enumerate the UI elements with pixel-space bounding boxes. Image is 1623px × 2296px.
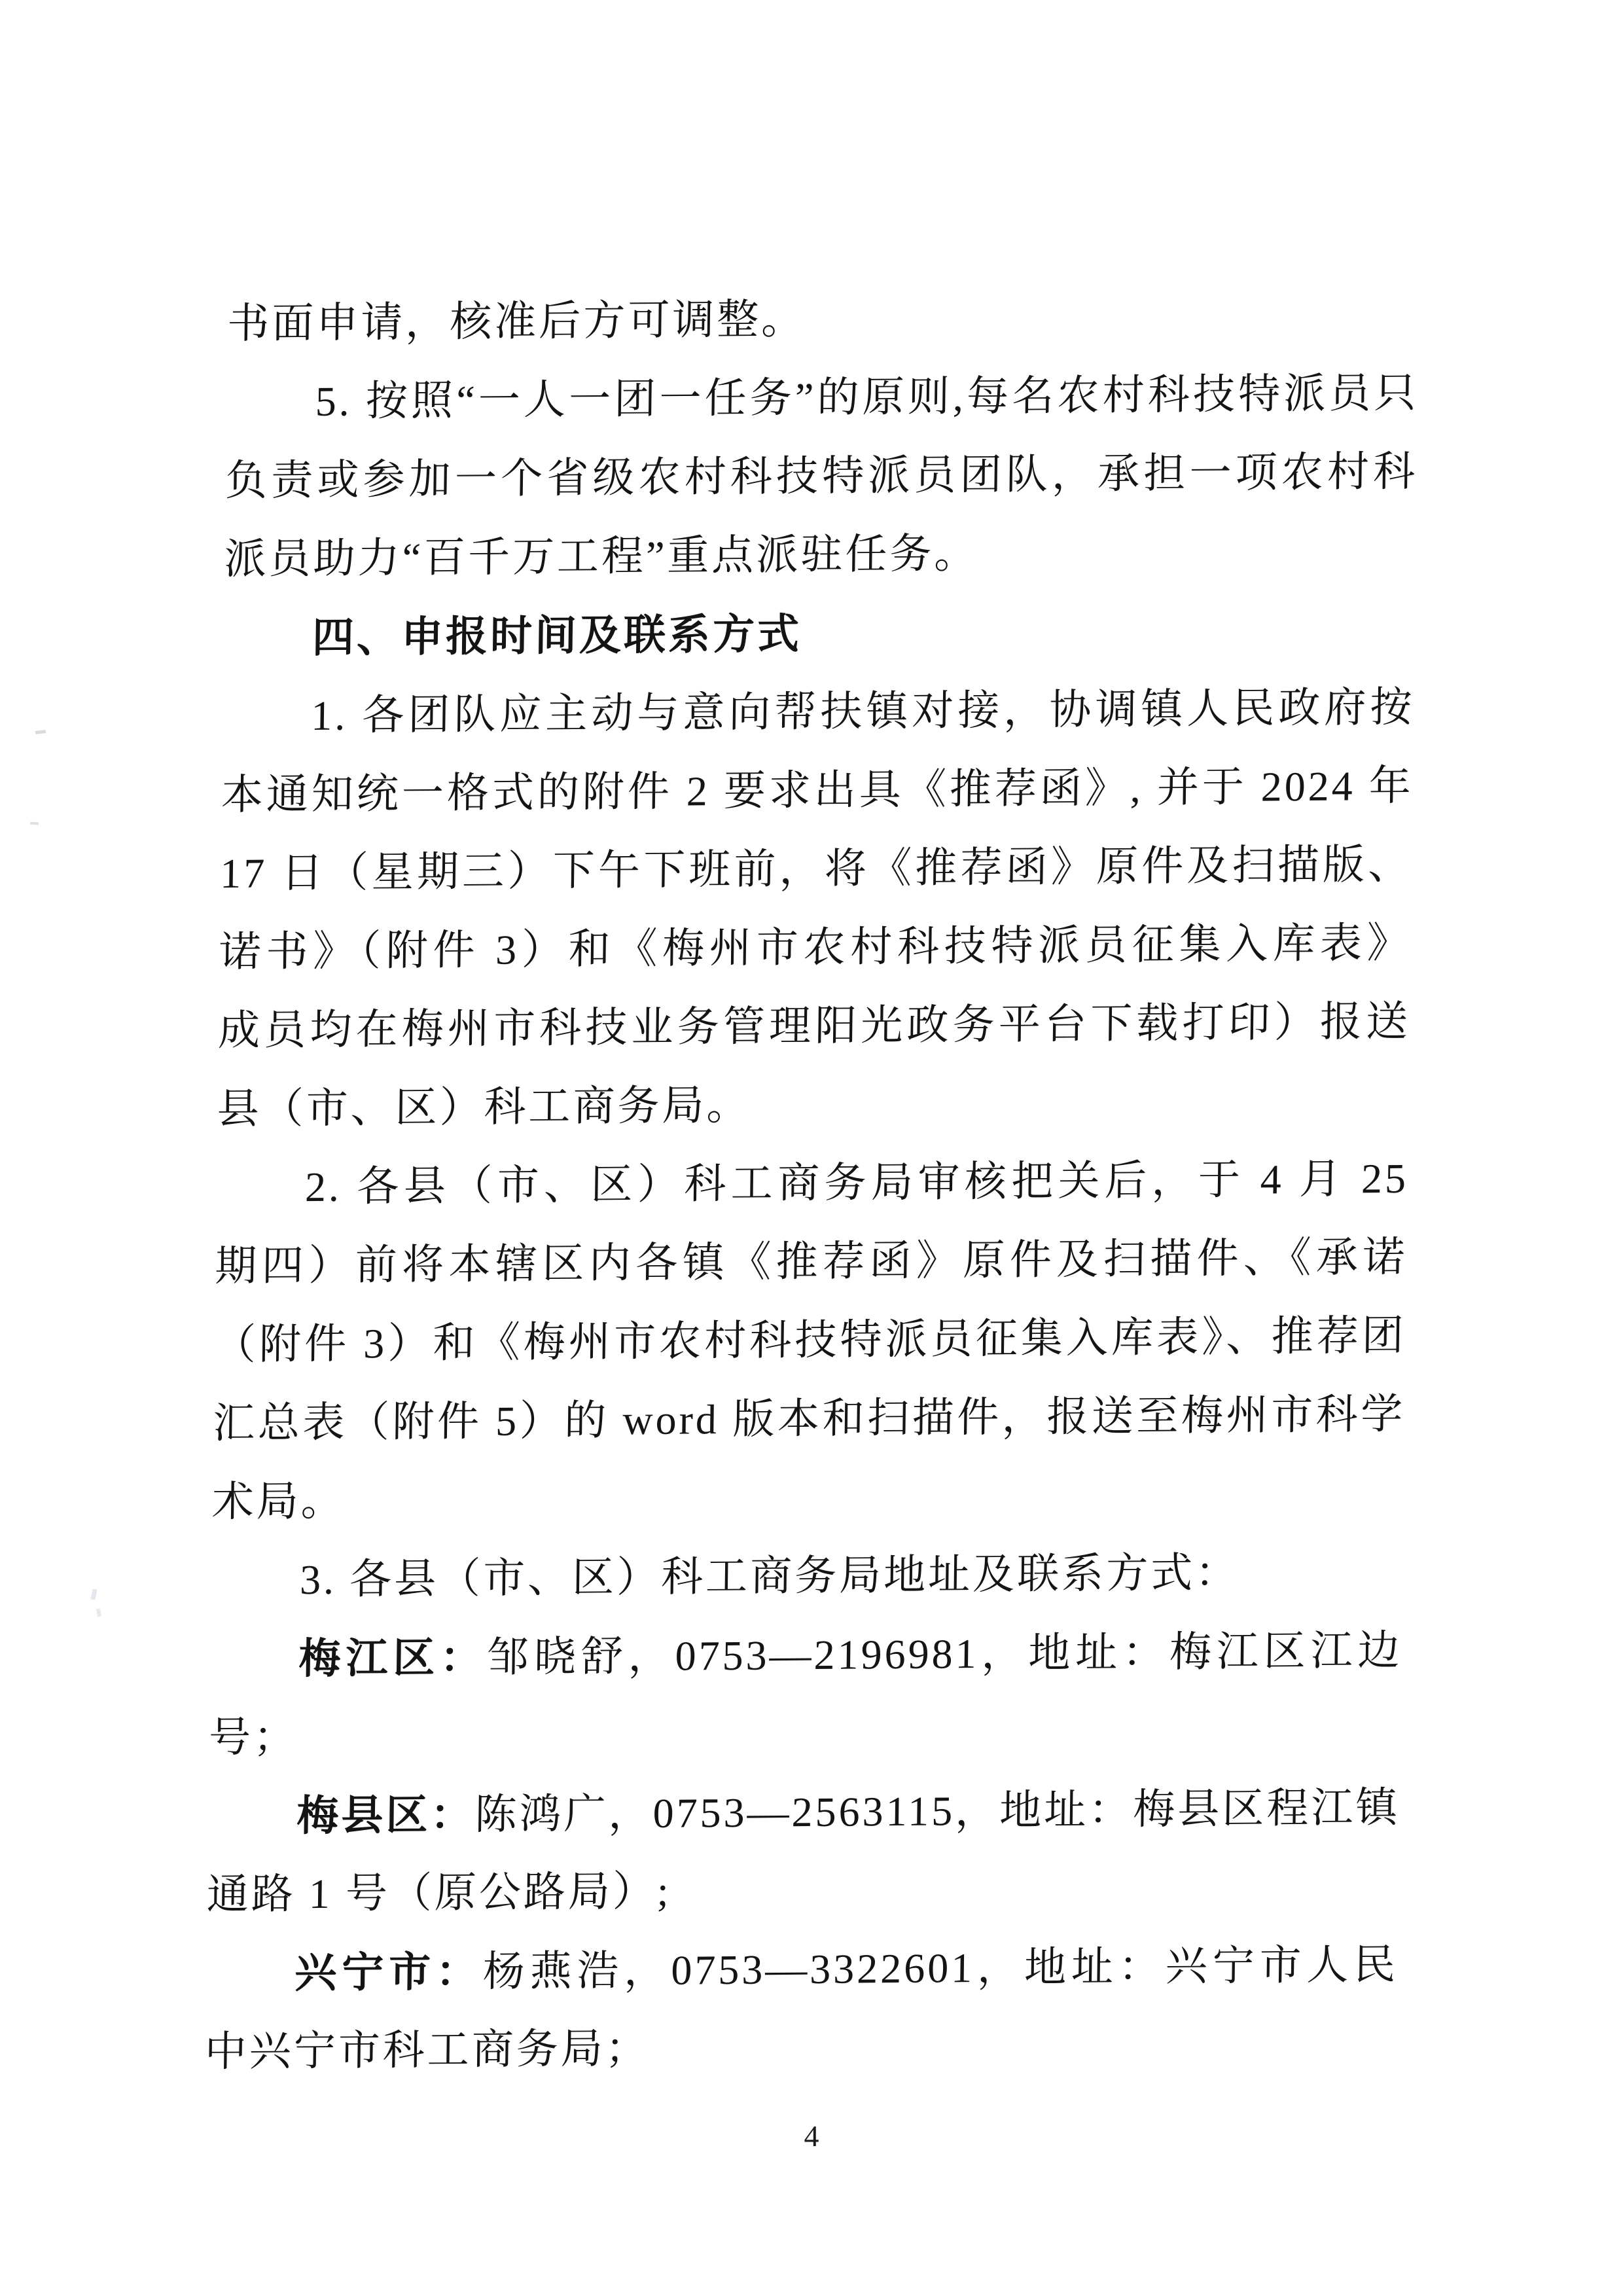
text-line: 县（市、区）科工商务局。 — [217, 1061, 1410, 1149]
text-line: 期四）前将本辖区内各镇《推荐函》原件及扫描件、《承诺书》 — [215, 1218, 1408, 1306]
bold-text-segment: 梅县区： — [296, 1791, 475, 1839]
text-segment: 1. 各团队应主动与意向帮扶镇对接，协调镇人民政府按照 — [310, 684, 1414, 756]
text-segment: （附件 3）和《梅州市农村科技特派员征集入库表》、推荐团队 — [213, 1312, 1406, 1384]
text-line: 中兴宁市科工商务局； — [204, 2003, 1398, 2091]
text-segment: 2. 各县（市、区）科工商务局审核把关后，于 4 月 25 日（星 — [304, 1155, 1408, 1227]
text-line: 派员助力“百千万工程”重点派驻任务。 — [224, 511, 1418, 599]
text-line: 通路 1 号（原公路局）; — [206, 1846, 1400, 1934]
text-segment: 3. 各县（市、区）科工商务局地址及联系方式： — [300, 1549, 1240, 1603]
scan-speck — [90, 1588, 97, 1600]
scan-speck — [96, 1609, 101, 1617]
text-line: 号； — [208, 1689, 1402, 1777]
text-segment: 术局。 — [211, 1478, 346, 1526]
page-number: 4 — [0, 2119, 1623, 2153]
text-line: 术局。 — [211, 1454, 1405, 1541]
text-line: 书面申请，核准后方可调整。 — [227, 276, 1421, 363]
text-line: 2. 各县（市、区）科工商务局审核把关后，于 4 月 25 日（星 — [215, 1139, 1409, 1227]
text-line: 兴宁市：杨燕浩，0753—3322601，地址：兴宁市人民大道 — [205, 1925, 1399, 2013]
text-segment: 中兴宁市科工商务局； — [204, 2025, 650, 2075]
text-line: 负责或参加一个省级农村科技特派员团队，承担一项农村科技特 — [224, 433, 1418, 520]
text-segment: 17 日（星期三）下午下班前，将《推荐函》原件及扫描版、《承 — [220, 841, 1413, 913]
text-line: 诺书》（附件 3）和《梅州市农村科技特派员征集入库表》（团队 — [219, 904, 1412, 992]
text-line: 17 日（星期三）下午下班前，将《推荐函》原件及扫描版、《承 — [220, 825, 1414, 913]
text-segment: 派员助力“百千万工程”重点派驻任务。 — [224, 530, 979, 583]
text-line: （附件 3）和《梅州市农村科技特派员征集入库表》、推荐团队 — [213, 1297, 1407, 1384]
text-line: 四、申报时间及联系方式 — [223, 590, 1416, 677]
document-body: 书面申请，核准后方可调整。5. 按照“一人一团一任务”的原则,每名农村科技特派员… — [204, 276, 1420, 2092]
text-segment: 诺书》（附件 3）和《梅州市农村科技特派员征集入库表》（团队 — [219, 920, 1412, 992]
scan-speck — [35, 730, 46, 734]
text-segment: 书面申请，核准后方可调整。 — [227, 296, 806, 347]
text-segment: 成员均在梅州市科技业务管理阳光政务平台下载打印）报送至各 — [217, 998, 1410, 1070]
scanned-document-page: 书面申请，核准后方可调整。5. 按照“一人一团一任务”的原则,每名农村科技特派员… — [0, 0, 1623, 2296]
text-line: 3. 各县（市、区）科工商务局地址及联系方式： — [210, 1532, 1404, 1620]
text-segment: 5. 按照“一人一团一任务”的原则,每名农村科技特派员只能 — [314, 370, 1419, 442]
text-segment: 县（市、区）科工商务局。 — [217, 1082, 751, 1132]
text-line: 1. 各团队应主动与意向帮扶镇对接，协调镇人民政府按照 — [222, 668, 1416, 756]
text-segment: 本通知统一格式的附件 2 要求出具《推荐函》, 并于 2024 年 4 月 — [221, 762, 1414, 834]
text-segment: 号； — [209, 1713, 298, 1761]
text-line: 梅江区：邹晓舒，0753—2196981，地址：梅江区江边路 33 — [209, 1611, 1403, 1698]
text-segment: 通路 1 号（原公路局）; — [206, 1868, 671, 1918]
text-line: 成员均在梅州市科技业务管理阳光政务平台下载打印）报送至各 — [217, 982, 1411, 1070]
text-segment: 负责或参加一个省级农村科技特派员团队，承担一项农村科技特 — [224, 448, 1418, 520]
text-line: 本通知统一格式的附件 2 要求出具《推荐函》, 并于 2024 年 4 月 — [221, 747, 1414, 834]
text-segment: 汇总表（附件 5）的 word 版本和扫描件，报送至梅州市科学技 — [213, 1391, 1406, 1463]
scan-speck — [30, 822, 39, 825]
bold-text-segment: 梅江区： — [298, 1634, 487, 1682]
text-segment: 期四）前将本辖区内各镇《推荐函》原件及扫描件、《承诺书》 — [215, 1234, 1408, 1306]
text-line: 梅县区：陈鸿广，0753—2563115，地址：梅县区程江镇交 — [207, 1768, 1401, 1856]
bold-text-segment: 四、申报时间及联系方式 — [312, 610, 802, 661]
bold-text-segment: 兴宁市： — [294, 1948, 483, 1996]
text-line: 汇总表（附件 5）的 word 版本和扫描件，报送至梅州市科学技 — [213, 1375, 1406, 1463]
text-line: 5. 按照“一人一团一任务”的原则,每名农村科技特派员只能 — [226, 354, 1419, 442]
